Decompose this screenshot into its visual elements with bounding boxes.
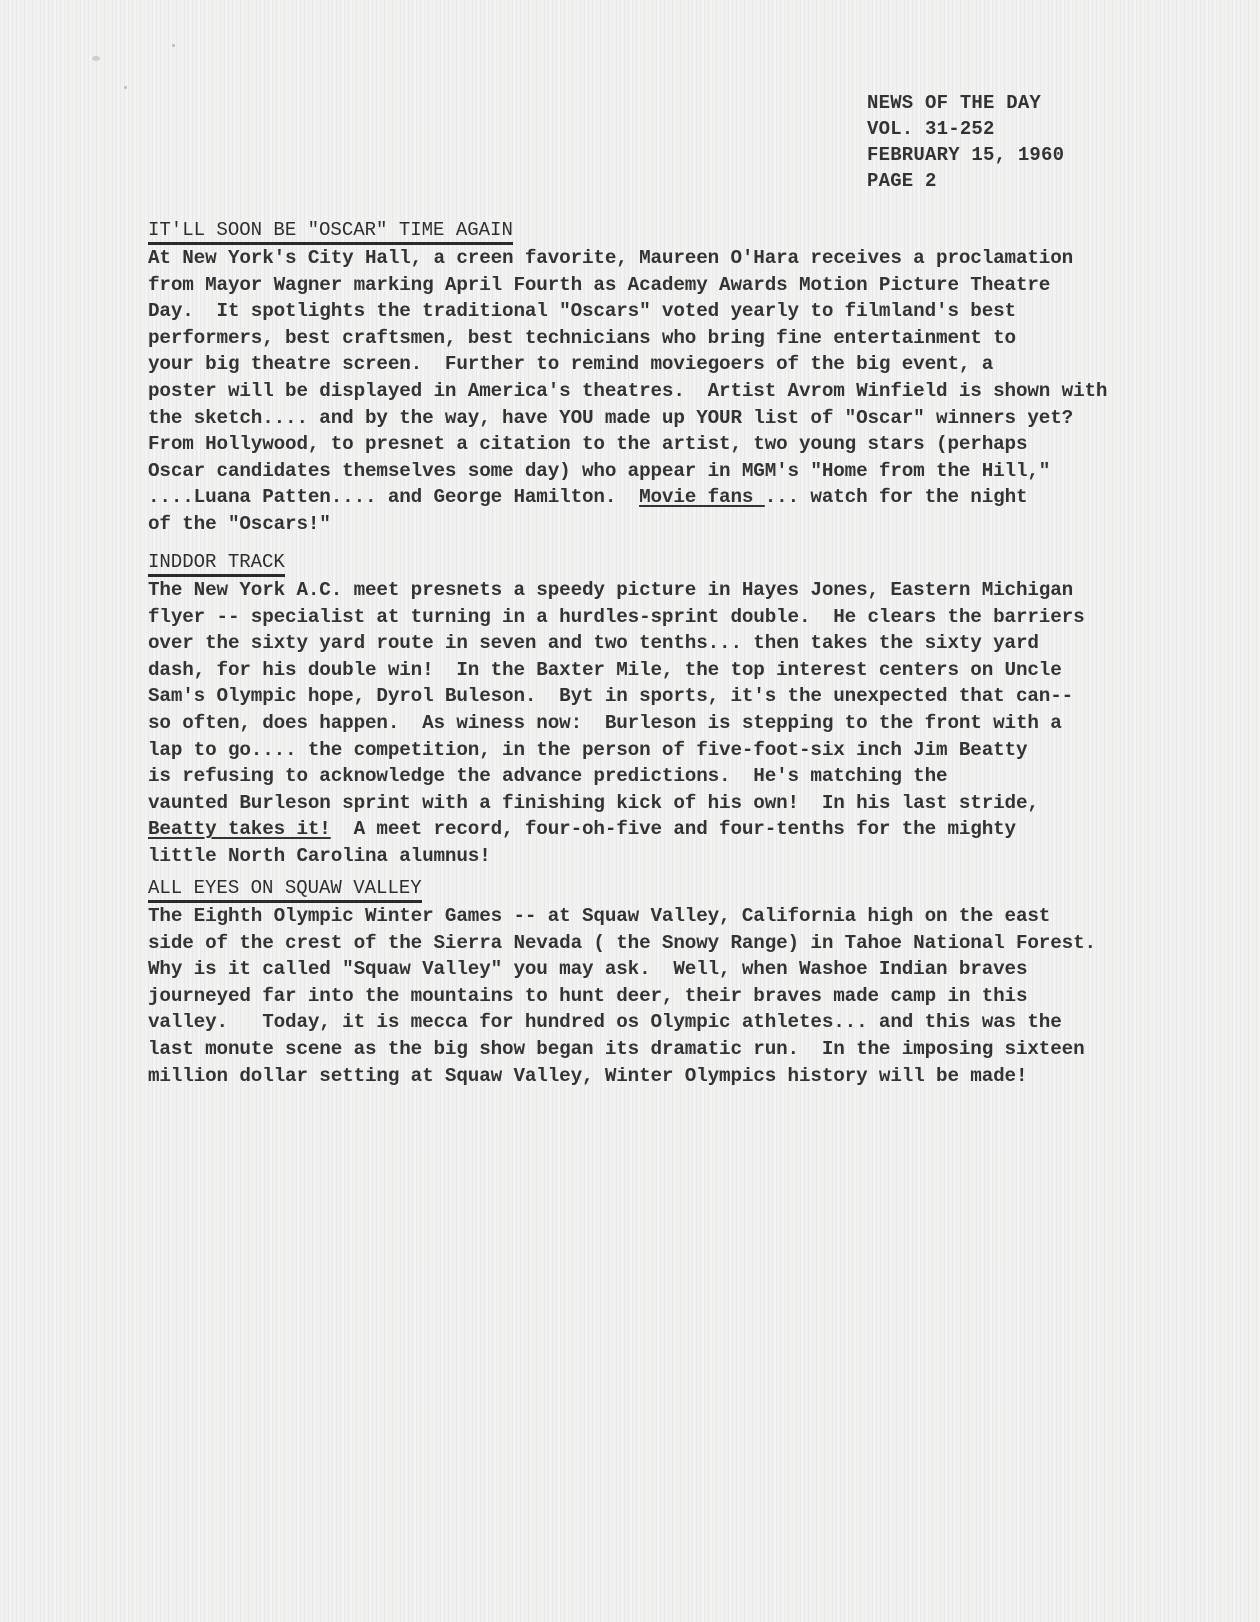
story-line: side of the crest of the Sierra Nevada (… xyxy=(148,930,1208,957)
story-line: vaunted Burleson sprint with a finishing… xyxy=(148,790,1208,817)
story-line: valley. Today, it is mecca for hundred o… xyxy=(148,1009,1208,1036)
story-indoor-track: INDDOR TRACK The New York A.C. meet pres… xyxy=(148,550,1208,870)
text-segment: so often, does happen. As winess now: Bu… xyxy=(148,712,1062,734)
text-segment: little North Carolina alumnus! xyxy=(148,845,491,867)
story-line: From Hollywood, to presnet a citation to… xyxy=(148,431,1208,458)
story-line: dash, for his double win! In the Baxter … xyxy=(148,657,1208,684)
story-body: At New York's City Hall, a creen favorit… xyxy=(148,245,1208,538)
text-segment: Day. It spotlights the traditional "Osca… xyxy=(148,300,1016,322)
story-line: journeyed far into the mountains to hunt… xyxy=(148,983,1208,1010)
text-segment: million dollar setting at Squaw Valley, … xyxy=(148,1065,1027,1087)
text-segment: the sketch.... and by the way, have YOU … xyxy=(148,407,1073,429)
text-segment: journeyed far into the mountains to hunt… xyxy=(148,985,1027,1007)
text-segment: of the "Oscars!" xyxy=(148,513,331,535)
text-segment: Oscar candidates themselves some day) wh… xyxy=(148,460,1050,482)
text-segment: from Mayor Wagner marking April Fourth a… xyxy=(148,274,1050,296)
text-segment: Why is it called "Squaw Valley" you may … xyxy=(148,958,1027,980)
story-line: At New York's City Hall, a creen favorit… xyxy=(148,245,1208,272)
paper-blemish xyxy=(172,44,175,47)
text-segment: ....Luana Patten.... and George Hamilton… xyxy=(148,486,639,508)
text-segment: dash, for his double win! In the Baxter … xyxy=(148,659,1062,681)
header-date: FEBRUARY 15, 1960 xyxy=(867,142,1064,168)
text-segment: ... watch for the night xyxy=(765,486,1028,508)
story-line: Day. It spotlights the traditional "Osca… xyxy=(148,298,1208,325)
text-segment: last monute scene as the big show began … xyxy=(148,1038,1085,1060)
story-line: Beatty takes it! A meet record, four-oh-… xyxy=(148,816,1208,843)
story-title: INDDOR TRACK xyxy=(148,550,285,577)
paper-blemish xyxy=(92,56,100,61)
story-line: last monute scene as the big show began … xyxy=(148,1036,1208,1063)
story-line: The Eighth Olympic Winter Games -- at Sq… xyxy=(148,903,1208,930)
story-oscar-time: IT'LL SOON BE "OSCAR" TIME AGAIN At New … xyxy=(148,218,1208,538)
story-line: The New York A.C. meet presnets a speedy… xyxy=(148,577,1208,604)
story-title: ALL EYES ON SQUAW VALLEY xyxy=(148,876,422,903)
story-line: flyer -- specialist at turning in a hurd… xyxy=(148,604,1208,631)
story-line: Why is it called "Squaw Valley" you may … xyxy=(148,956,1208,983)
story-line: over the sixty yard route in seven and t… xyxy=(148,630,1208,657)
text-segment: valley. Today, it is mecca for hundred o… xyxy=(148,1011,1062,1033)
story-line: Sam's Olympic hope, Dyrol Buleson. Byt i… xyxy=(148,683,1208,710)
story-line: ....Luana Patten.... and George Hamilton… xyxy=(148,484,1208,511)
story-body: The New York A.C. meet presnets a speedy… xyxy=(148,577,1208,870)
text-segment: side of the crest of the Sierra Nevada (… xyxy=(148,932,1096,954)
text-segment: A meet record, four-oh-five and four-ten… xyxy=(331,818,1016,840)
text-segment: flyer -- specialist at turning in a hurd… xyxy=(148,606,1085,628)
paper-blemish xyxy=(124,86,127,89)
text-segment: vaunted Burleson sprint with a finishing… xyxy=(148,792,1039,814)
story-line: Oscar candidates themselves some day) wh… xyxy=(148,458,1208,485)
header-page-number: PAGE 2 xyxy=(867,168,1064,194)
story-line: lap to go.... the competition, in the pe… xyxy=(148,737,1208,764)
story-line: of the "Oscars!" xyxy=(148,511,1208,538)
story-line: your big theatre screen. Further to remi… xyxy=(148,351,1208,378)
story-title: IT'LL SOON BE "OSCAR" TIME AGAIN xyxy=(148,218,513,245)
text-segment: performers, best craftsmen, best technic… xyxy=(148,327,1016,349)
story-body: The Eighth Olympic Winter Games -- at Sq… xyxy=(148,903,1208,1089)
text-segment: lap to go.... the competition, in the pe… xyxy=(148,739,1027,761)
story-line: performers, best craftsmen, best technic… xyxy=(148,325,1208,352)
text-segment: is refusing to acknowledge the advance p… xyxy=(148,765,947,787)
newsreel-header: NEWS OF THE DAY VOL. 31-252 FEBRUARY 15,… xyxy=(867,90,1064,194)
text-segment: The Eighth Olympic Winter Games -- at Sq… xyxy=(148,905,1050,927)
text-segment: At New York's City Hall, a creen favorit… xyxy=(148,247,1073,269)
story-line: so often, does happen. As winess now: Bu… xyxy=(148,710,1208,737)
text-segment: The New York A.C. meet presnets a speedy… xyxy=(148,579,1073,601)
underlined-phrase: Beatty takes it! xyxy=(148,818,331,840)
underlined-phrase: Movie fans xyxy=(639,486,765,508)
text-segment: Sam's Olympic hope, Dyrol Buleson. Byt i… xyxy=(148,685,1073,707)
document-page: NEWS OF THE DAY VOL. 31-252 FEBRUARY 15,… xyxy=(0,0,1260,1622)
story-line: from Mayor Wagner marking April Fourth a… xyxy=(148,272,1208,299)
header-publication: NEWS OF THE DAY xyxy=(867,90,1064,116)
story-line: million dollar setting at Squaw Valley, … xyxy=(148,1063,1208,1090)
text-segment: From Hollywood, to presnet a citation to… xyxy=(148,433,1027,455)
header-volume: VOL. 31-252 xyxy=(867,116,1064,142)
story-line: poster will be displayed in America's th… xyxy=(148,378,1208,405)
story-line: the sketch.... and by the way, have YOU … xyxy=(148,405,1208,432)
text-segment: poster will be displayed in America's th… xyxy=(148,380,1107,402)
text-segment: your big theatre screen. Further to remi… xyxy=(148,353,993,375)
text-segment: over the sixty yard route in seven and t… xyxy=(148,632,1039,654)
story-line: is refusing to acknowledge the advance p… xyxy=(148,763,1208,790)
story-line: little North Carolina alumnus! xyxy=(148,843,1208,870)
story-squaw-valley: ALL EYES ON SQUAW VALLEY The Eighth Olym… xyxy=(148,876,1208,1089)
